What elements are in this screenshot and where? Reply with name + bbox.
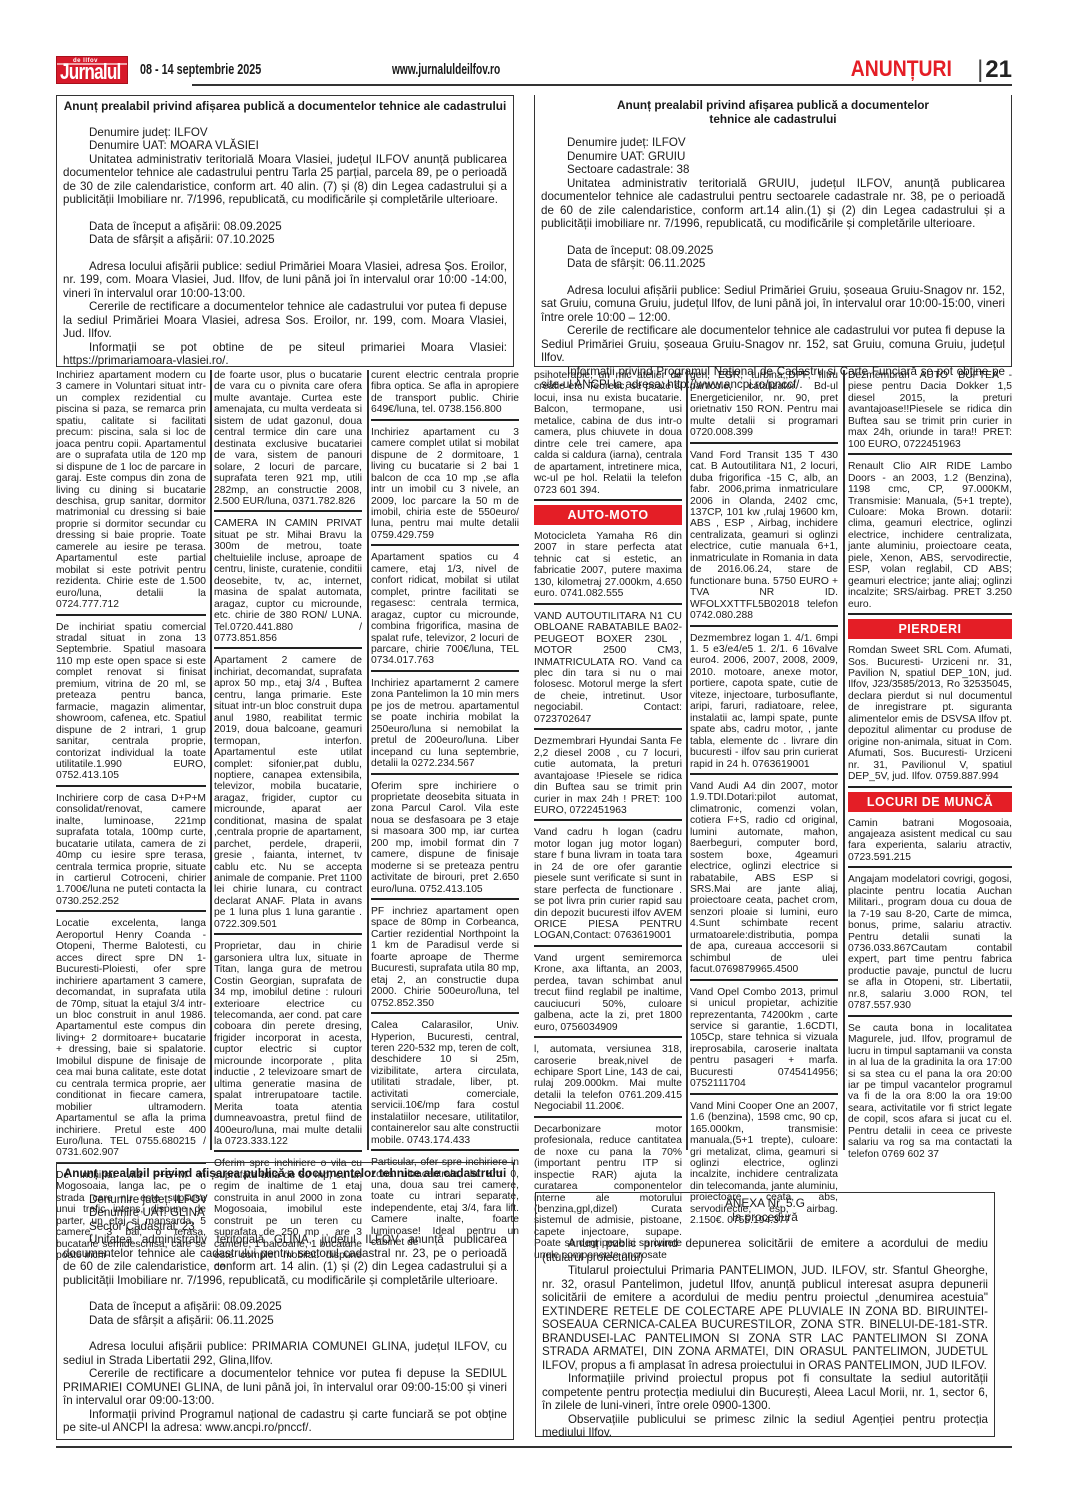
notice-county: Denumire județ: ILFOV <box>541 136 1005 150</box>
notice-title-line2: la procedură <box>542 1211 988 1225</box>
classified-ad: Proprietar, dau in chirie garsoniera ult… <box>214 939 362 1152</box>
notice-start-date: Data de început a afișării: 08.09.2025 <box>63 220 507 234</box>
newspaper-logo[interactable]: de Ilfov Jurnalul <box>56 56 128 84</box>
category-header-pierderi: PIERDERI <box>848 619 1012 639</box>
classified-ad: Dezmembrari AUTO BUFTEA - piese pentru D… <box>848 368 1012 455</box>
notice-body: Unitatea administrativ teritorială Moara… <box>63 153 507 207</box>
classifieds-column-2: de foarte usor, plus o bucatarie de vara… <box>214 368 362 1280</box>
divider-bar: | <box>977 56 983 83</box>
classifieds-column-6: Dezmembrari AUTO BUFTEA - piese pentru D… <box>848 368 1012 1167</box>
notice-start-date: Data de început a afișării: 08.09.2025 <box>63 1300 507 1314</box>
classified-ad: Vand urgent semiremorca Krone, axa lifta… <box>534 951 682 1038</box>
classifieds-column-5: gen, EGR, turbina,,DPF, filtru particole… <box>690 368 838 1234</box>
classified-ad: VAND AUTOUTILITARA N1 CU OBLOANE RABATAB… <box>534 609 682 731</box>
classified-ad: Vand Audi A4 din 2007, motor 1.9.TDI.Dot… <box>690 779 838 981</box>
page-number: |21 <box>977 56 1012 84</box>
classified-ad: Apartament spatios cu 4 camere, etaj 1/3… <box>371 550 519 672</box>
classified-ad: gen, EGR, turbina,,DPF, filtru particole… <box>690 368 838 444</box>
notice-start-date: Data de început: 08.09.2025 <box>541 244 1005 258</box>
classified-ad: Angajam modelatori covrigi, gogosi, plac… <box>848 872 1012 1016</box>
column-divider <box>367 370 369 1150</box>
notice-sectors: Sectoare cadastrale: 38 <box>541 163 1005 177</box>
classified-ad: Calea Calarasilor, Univ. Hyperion, Bucur… <box>371 1018 519 1151</box>
notice-anexa-5g: ANEXA Nr. 5.G la procedură Anunț public … <box>535 1192 995 1437</box>
notice-end-date: Data de sfârșit: 06.11.2025 <box>541 257 1005 271</box>
column-divider <box>843 370 845 1150</box>
classified-ad: Camin batrani Mogosoaia, angajeaza asist… <box>848 816 1012 869</box>
classified-ad: Dezmembrari Hyundai Santa Fe 2,2 diesel … <box>534 734 682 821</box>
masthead: de Ilfov Jurnalul 08 - 14 septembrie 202… <box>56 56 1012 86</box>
notice-uat: Denumire UAT: GLINA <box>63 1206 507 1220</box>
classifieds-column-3: curent electric centrala proprie fibra o… <box>371 368 519 1256</box>
classified-ad: de foarte usor, plus o bucatarie de vara… <box>214 368 362 512</box>
notice-county: Denumire județ: ILFOV <box>63 1193 507 1207</box>
classified-ad: CAMERA IN CAMIN PRIVAT situat pe str. Mi… <box>214 516 362 649</box>
classified-ad: Apartament 2 camere de inchiriat, decoma… <box>214 653 362 935</box>
notice-paragraph: Anunț public privind depunerea solicităr… <box>542 1237 988 1264</box>
logo-title: Jurnalul <box>60 61 121 83</box>
notice-uat: Denumire UAT: MOARA VLĂSIEI <box>63 139 507 153</box>
notice-title-line2: tehnice ale cadastrului <box>541 113 1005 127</box>
notice-paragraph: Titularul proiectului Primaria PANTELIMO… <box>542 1264 988 1372</box>
notice-title-line1: Anunț prealabil privind afișarea publică… <box>541 99 1005 113</box>
classified-ad: Oferim spre inchiriere o proprietate deo… <box>371 779 519 901</box>
classified-ad: Vand Ford Transit 135 T 430 cat. B Autou… <box>690 448 838 627</box>
classified-ad: Renault Clio AIR RIDE Lambo Doors - an 2… <box>848 459 1012 615</box>
notice-body: Unitatea administrativ teritorială GLINA… <box>63 1233 507 1287</box>
classified-ad: Motocicleta Yamaha R6 din 2007 in stare … <box>534 529 682 605</box>
column-divider <box>686 370 688 1150</box>
notice-title: Anunț prealabil privind afișarea publică… <box>63 100 507 114</box>
notice-gruiu: Anunț prealabil privind afișarea publică… <box>534 95 1012 367</box>
classified-ad: Vand Opel Combo 2013, primul si unicul p… <box>690 985 838 1095</box>
notice-title-line1: ANEXA Nr. 5.G <box>542 1197 988 1211</box>
category-header-auto-moto: AUTO-MOTO <box>534 505 682 525</box>
classified-ad: Vand cadru h logan (cadru motor logan ju… <box>534 825 682 947</box>
classifieds-column-1: Inchiriez apartament modern cu 3 camere … <box>56 368 206 1269</box>
page-number-value: 21 <box>985 56 1012 83</box>
notice-address: Adresa locului afișării publice: PRIMARI… <box>63 1340 507 1367</box>
notice-title: Anunț prealabil privind afișarea publică… <box>63 1167 507 1181</box>
notice-info: Informații se pot obtine de pe siteul pr… <box>63 341 507 368</box>
classified-ad: Inchiriere corp de casa D+P+M consolidat… <box>56 791 206 913</box>
classified-ad: Locatie excelenta, langa Aeroportul Henr… <box>56 916 206 1164</box>
classified-ad: Dezmembrez logan 1. 4/1. 6mpi 1. 5 e3/e4… <box>690 631 838 775</box>
notice-title: ANEXA Nr. 5.G la procedură <box>542 1197 988 1224</box>
notice-sector: Sector Cadastral: 23 <box>63 1220 507 1234</box>
section-title: ANUNȚURI <box>851 56 952 82</box>
notice-address: Adresa locului afișării publice: Sediul … <box>541 284 1005 325</box>
notice-paragraph: Informațiile privind proiectul propus po… <box>542 1372 988 1413</box>
classified-ad: Romdan Sweet SRL Com. Afumati, Sos. Bucu… <box>848 643 1012 787</box>
classified-ad: l, automata, versiunea 318, caroserie br… <box>534 1042 682 1118</box>
notice-address: Adresa locului afișării publice: sediul … <box>63 260 507 301</box>
notice-glina: Anunț prealabil privind afișarea publică… <box>56 1162 514 1440</box>
notice-body: Unitatea administrativ teritorială GRUIU… <box>541 177 1005 231</box>
classified-ad: Inchiriez apartament cu 3 camere complet… <box>371 425 519 547</box>
notice-requests: Cererile de rectificare ale documentelor… <box>541 324 1005 365</box>
column-divider <box>210 370 212 1150</box>
notice-uat: Denumire UAT: GRUIU <box>541 150 1005 164</box>
website-link[interactable]: www.jurnaluldeilfov.ro <box>392 61 500 78</box>
classified-ad: Inchiriez apartament modern cu 3 camere … <box>56 368 206 616</box>
issue-date: 08 - 14 septembrie 2025 <box>140 61 261 78</box>
notice-paragraph: Observațiile publicului se primesc zilni… <box>542 1413 988 1440</box>
category-header-locuri-de-munca: LOCURI DE MUNCĂ <box>848 792 1012 812</box>
notice-end-date: Data de sfârșit a afișării: 07.10.2025 <box>63 233 507 247</box>
classified-ad: curent electric centrala proprie fibra o… <box>371 368 519 421</box>
bottom-rule <box>56 1446 1012 1448</box>
notice-end-date: Data de sfârșit a afișării: 06.11.2025 <box>63 1314 507 1328</box>
classified-ad: Se cauta bona in localitatea Magurele, j… <box>848 1021 1012 1163</box>
classified-ad: psihoterapie, un mic atelier de creatie … <box>534 368 682 501</box>
classified-ad: PF inchriez apartament open space de 80m… <box>371 904 519 1014</box>
notice-moara-vlasiei: Anunț prealabil privind afișarea publică… <box>56 95 514 367</box>
header-rule <box>192 84 1012 86</box>
notice-requests: Cererile de rectificare a documentelor t… <box>63 300 507 341</box>
notice-county: Denumire județ: ILFOV <box>63 126 507 140</box>
classifieds-column-4: psihoterapie, un mic atelier de creatie … <box>534 368 682 1268</box>
notice-requests: Cererile de rectificare a documentelor t… <box>63 1367 507 1408</box>
notice-info: Informații privind Programul național de… <box>63 1408 507 1435</box>
classified-ad: De inchiriat spatiu comercial stradal si… <box>56 620 206 787</box>
classified-ad: Inchiriez apartamernt 2 camere zona Pant… <box>371 676 519 775</box>
notice-title: Anunț prealabil privind afișarea publică… <box>541 99 1005 126</box>
